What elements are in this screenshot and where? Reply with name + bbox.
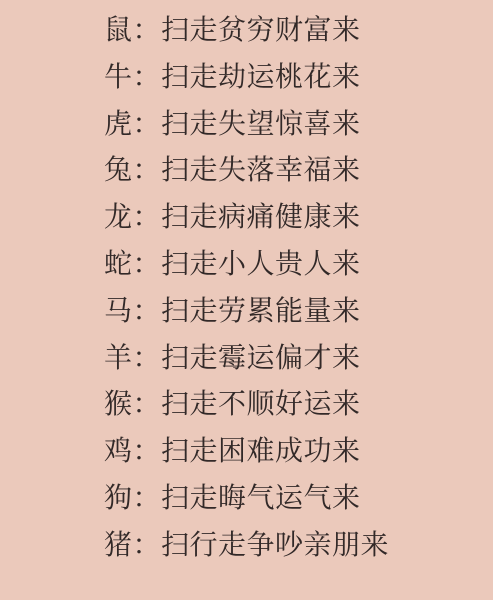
colon-separator: ： xyxy=(133,482,162,513)
list-item: 狗：扫走晦气运气来 xyxy=(104,475,493,522)
zodiac-blessing-image: 鼠：扫走贫穷财富来 牛：扫走劫运桃花来 虎：扫走失望惊喜来 兔：扫走失落幸福来 … xyxy=(0,0,493,600)
list-item: 鼠：扫走贫穷财富来 xyxy=(104,7,493,54)
zodiac-animal: 鼠 xyxy=(104,14,133,45)
list-item: 龙：扫走病痛健康来 xyxy=(104,194,493,241)
blessing-phrase: 扫走失望惊喜来 xyxy=(161,108,361,139)
zodiac-animal: 猴 xyxy=(104,388,133,419)
blessing-phrase: 扫走劳累能量来 xyxy=(161,295,361,326)
zodiac-animal: 猪 xyxy=(104,529,133,560)
blessing-phrase: 扫行走争吵亲朋来 xyxy=(161,529,389,560)
blessing-phrase: 扫走霉运偏才来 xyxy=(161,342,361,373)
blessing-phrase: 扫走贫穷财富来 xyxy=(161,14,361,45)
blessing-phrase: 扫走小人贵人来 xyxy=(161,248,361,279)
colon-separator: ： xyxy=(133,248,162,279)
list-item: 猪：扫行走争吵亲朋来 xyxy=(104,522,493,569)
colon-separator: ： xyxy=(133,388,162,419)
colon-separator: ： xyxy=(133,435,162,466)
colon-separator: ： xyxy=(133,154,162,185)
list-item: 蛇：扫走小人贵人来 xyxy=(104,241,493,288)
colon-separator: ： xyxy=(133,342,162,373)
list-item: 虎：扫走失望惊喜来 xyxy=(104,101,493,148)
colon-separator: ： xyxy=(133,61,162,92)
zodiac-animal: 马 xyxy=(104,295,133,326)
blessing-phrase: 扫走失落幸福来 xyxy=(161,154,361,185)
zodiac-animal: 狗 xyxy=(104,482,133,513)
zodiac-animal: 羊 xyxy=(104,342,133,373)
list-item: 兔：扫走失落幸福来 xyxy=(104,147,493,194)
list-item: 猴：扫走不顺好运来 xyxy=(104,381,493,428)
list-item: 鸡：扫走困难成功来 xyxy=(104,428,493,475)
blessing-phrase: 扫走病痛健康来 xyxy=(161,201,361,232)
zodiac-animal: 牛 xyxy=(104,61,133,92)
zodiac-animal: 蛇 xyxy=(104,248,133,279)
zodiac-animal: 鸡 xyxy=(104,435,133,466)
colon-separator: ： xyxy=(133,295,162,326)
list-item: 牛：扫走劫运桃花来 xyxy=(104,54,493,101)
colon-separator: ： xyxy=(133,14,162,45)
list-item: 马：扫走劳累能量来 xyxy=(104,288,493,335)
blessing-phrase: 扫走劫运桃花来 xyxy=(161,61,361,92)
colon-separator: ： xyxy=(133,529,162,560)
colon-separator: ： xyxy=(133,201,162,232)
blessing-phrase: 扫走困难成功来 xyxy=(161,435,361,466)
colon-separator: ： xyxy=(133,108,162,139)
blessing-phrase: 扫走晦气运气来 xyxy=(161,482,361,513)
zodiac-animal: 龙 xyxy=(104,201,133,232)
zodiac-animal: 兔 xyxy=(104,154,133,185)
list-item: 羊：扫走霉运偏才来 xyxy=(104,335,493,382)
blessing-phrase: 扫走不顺好运来 xyxy=(161,388,361,419)
zodiac-animal: 虎 xyxy=(104,108,133,139)
